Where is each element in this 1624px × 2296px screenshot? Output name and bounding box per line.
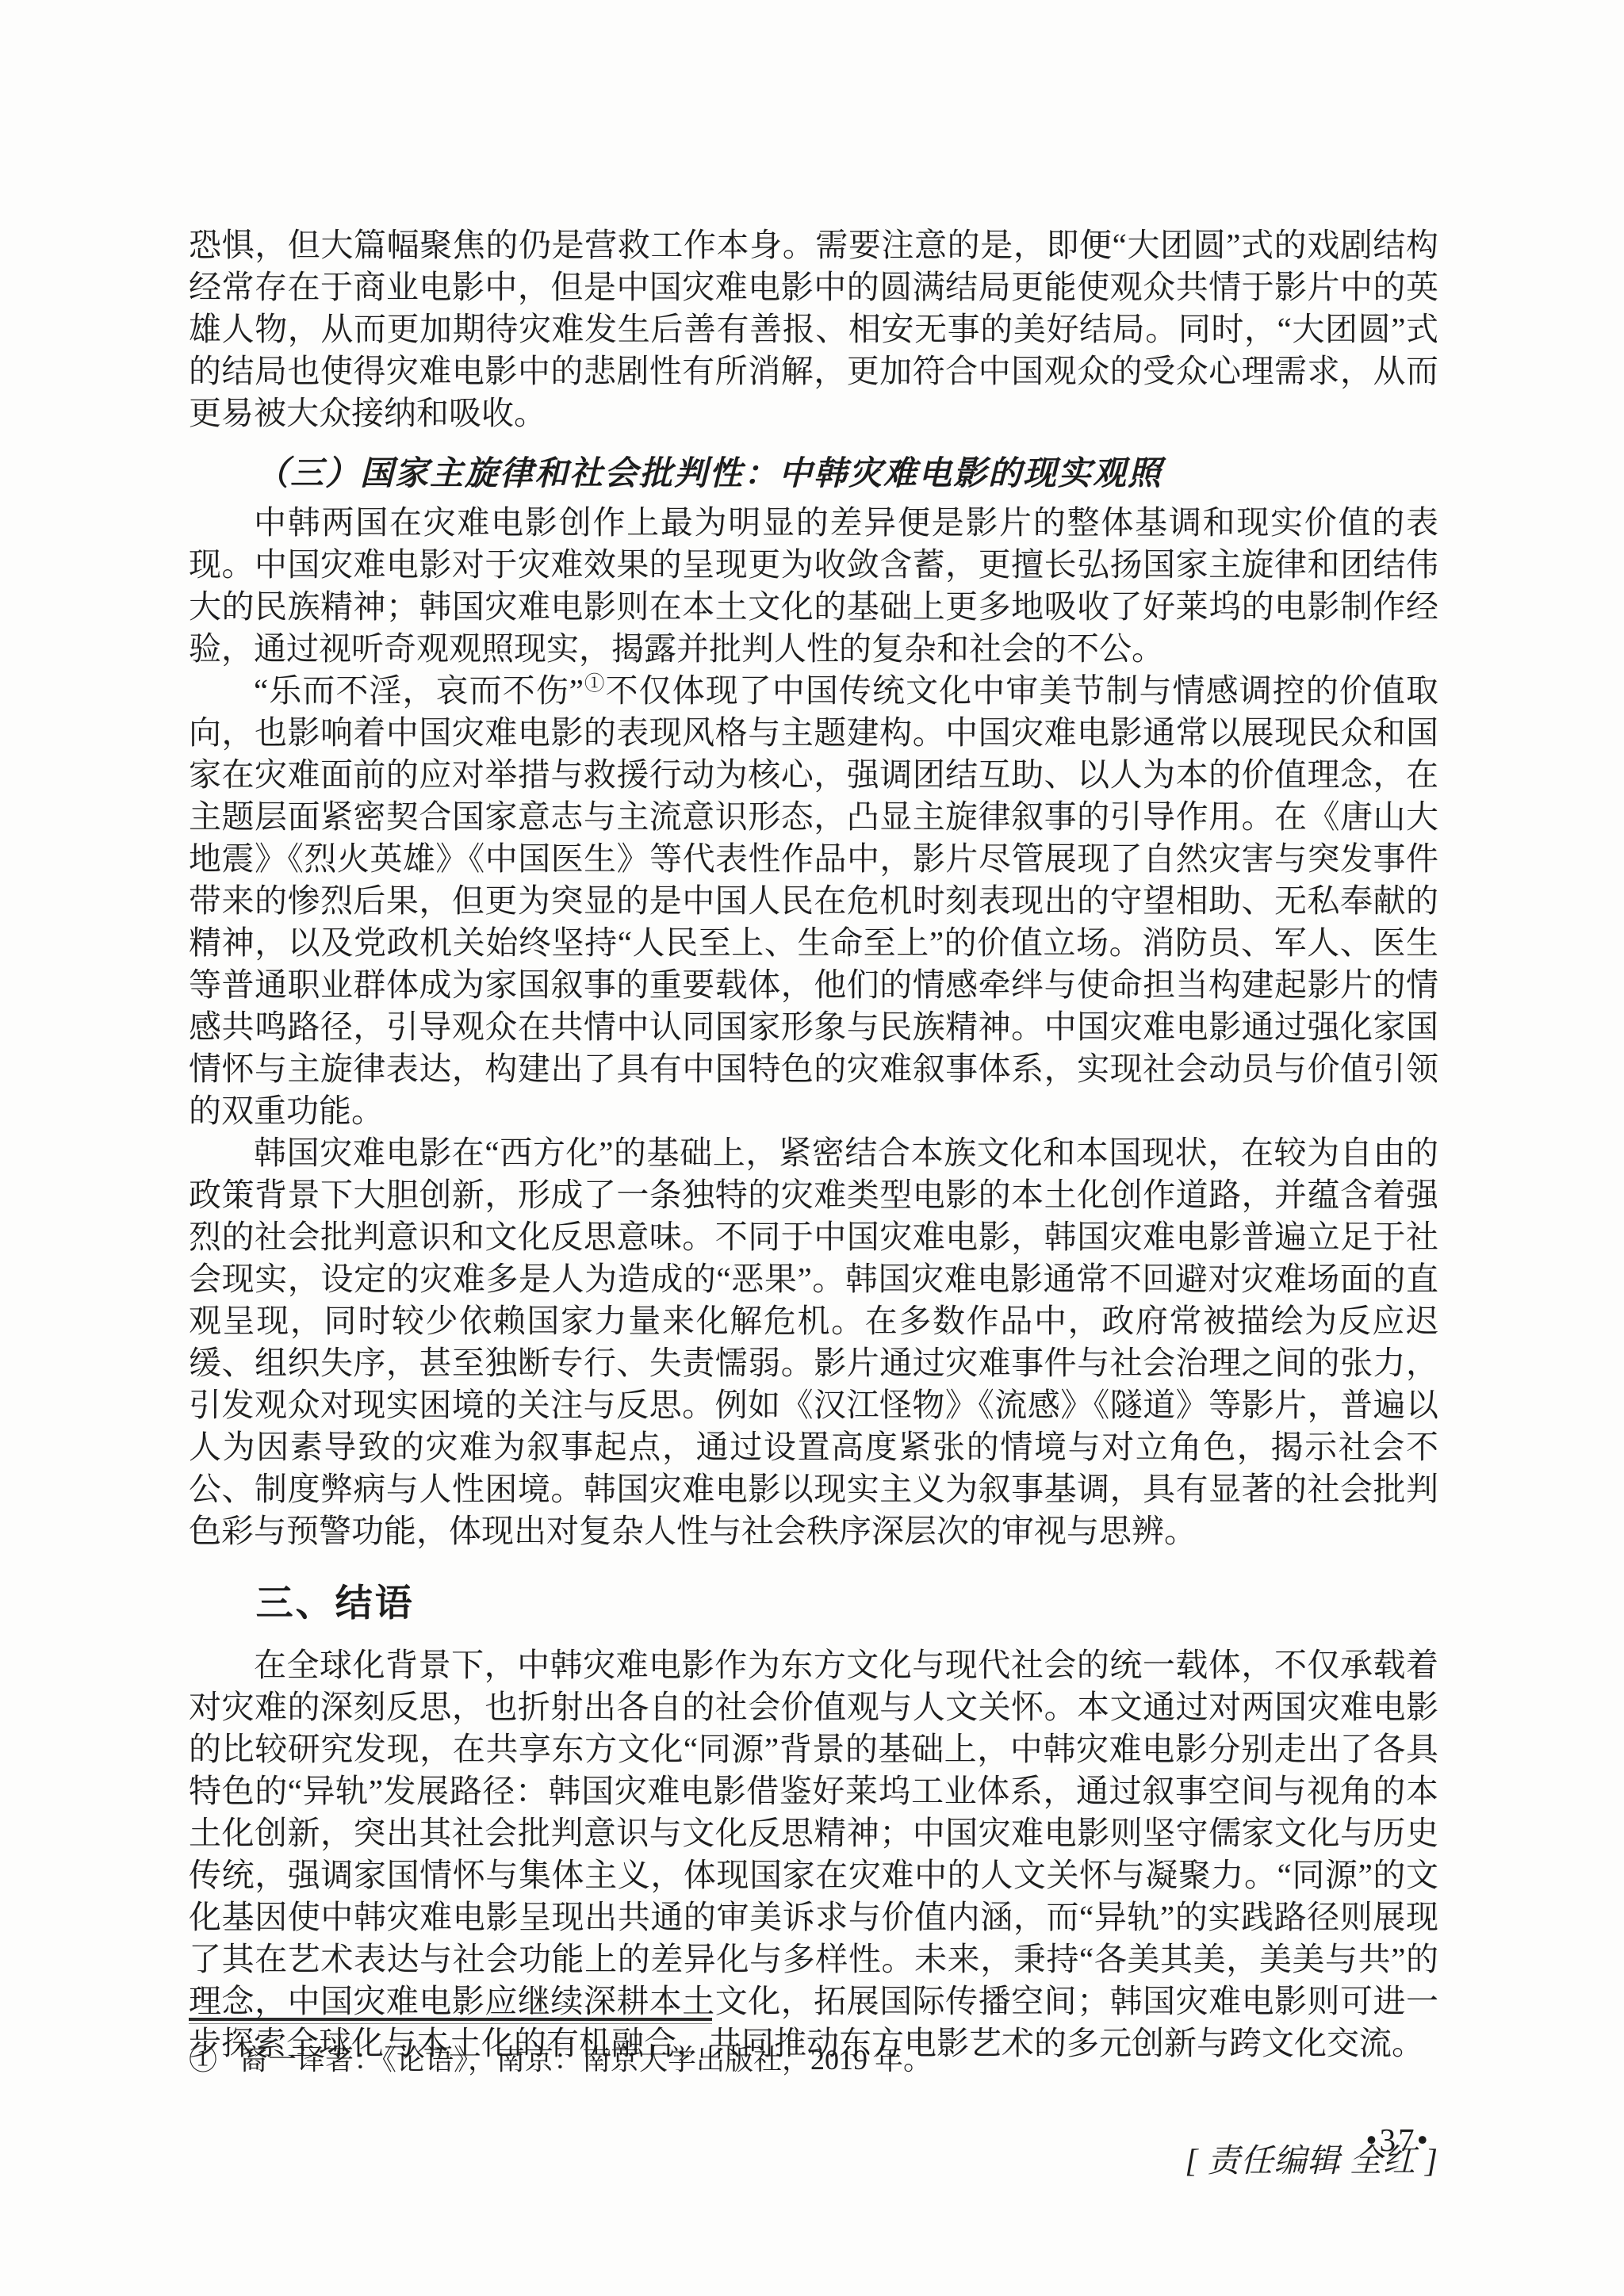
- paragraph: 韩国灾难电影在“西方化”的基础上，紧密结合本族文化和本国现状，在较为自由的政策背…: [189, 1132, 1438, 1552]
- footnote-ref: ①: [584, 672, 606, 695]
- article-body: 恐惧，但大篇幅聚焦的仍是营救工作本身。需要注意的是，即便“大团圆”式的戏剧结构经…: [189, 224, 1438, 2180]
- paragraph: 在全球化背景下，中韩灾难电影作为东方文化与现代社会的统一载体，不仅承载着对灾难的…: [189, 1644, 1438, 2064]
- subsection-heading: （三）国家主旋律和社会批判性：中韩灾难电影的现实观照: [189, 453, 1438, 496]
- footnote-separator-rule: [189, 2018, 712, 2024]
- footnote-text: 裔一译著：《论语》，南京：南京大学出版社，2019 年。: [239, 2044, 932, 2076]
- page-number: •37•: [1365, 2122, 1431, 2158]
- paragraph: “乐而不淫，哀而不伤”①不仅体现了中国传统文化中审美节制与情感调控的价值取向，也…: [189, 670, 1438, 1132]
- footnote-area: ①裔一译著：《论语》，南京：南京大学出版社，2019 年。: [189, 2018, 1438, 2078]
- paragraph: 中韩两国在灾难电影创作上最为明显的差异便是影片的整体基调和现实价值的表现。中国灾…: [189, 502, 1438, 670]
- editor-note: [ 责任编辑 全红 ]: [189, 2141, 1438, 2180]
- footnote-marker: ①: [189, 2044, 217, 2076]
- document-page: 恐惧，但大篇幅聚焦的仍是营救工作本身。需要注意的是，即便“大团圆”式的戏剧结构经…: [0, 0, 1624, 2296]
- footnote: ①裔一译著：《论语》，南京：南京大学出版社，2019 年。: [189, 2042, 1438, 2078]
- paragraph: 恐惧，但大篇幅聚焦的仍是营救工作本身。需要注意的是，即便“大团圆”式的戏剧结构经…: [189, 224, 1438, 434]
- section-heading: 三、结语: [189, 1581, 1438, 1625]
